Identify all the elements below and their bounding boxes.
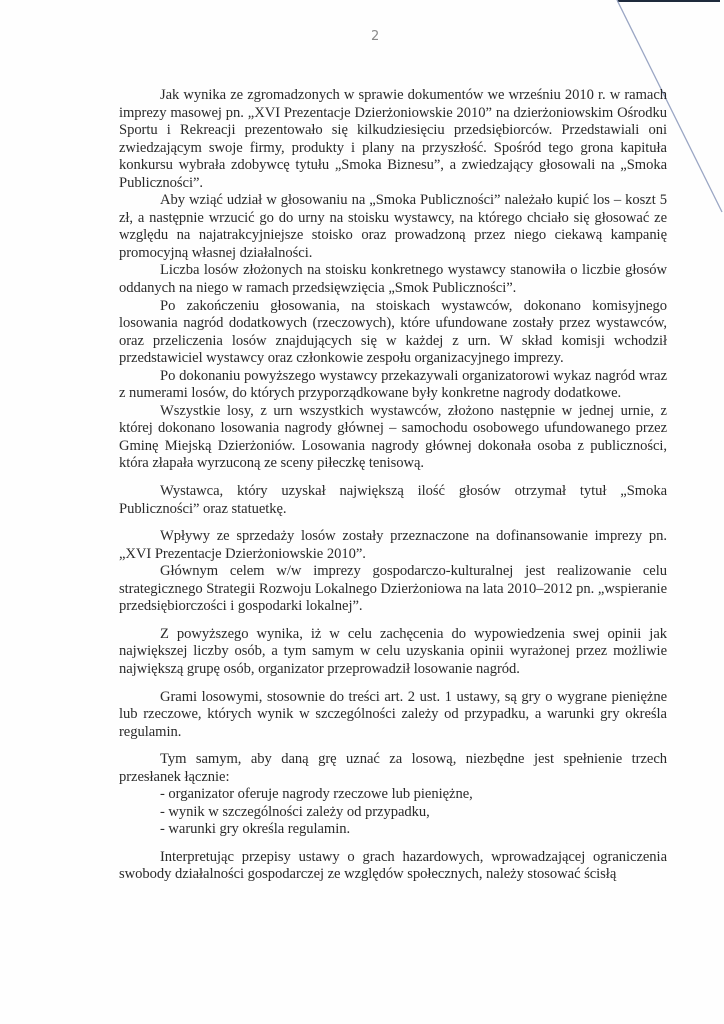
paragraph-fair-description: Jak wynika ze zgromadzonych w sprawie do… xyxy=(119,87,667,192)
condition-item: - wynik w szczególności zależy od przypa… xyxy=(160,804,667,822)
paragraph-event-goal: Głównym celem w/w imprezy gospodarczo-ku… xyxy=(119,563,667,616)
paragraph-vote-count: Liczba losów złożonych na stoisku konkre… xyxy=(119,262,667,297)
paragraph-proceeds: Wpływy ze sprzedaży losów zostały przezn… xyxy=(119,528,667,563)
condition-item: - warunki gry określa regulamin. xyxy=(160,821,667,839)
paragraph-three-conditions: Tym samym, aby daną grę uznać za losową,… xyxy=(119,751,667,786)
condition-item: - organizator oferuje nagrody rzeczowe l… xyxy=(160,786,667,804)
document-body: Jak wynika ze zgromadzonych w sprawie do… xyxy=(119,87,667,884)
document-page: 2 Jak wynika ze zgromadzonych w sprawie … xyxy=(0,0,724,1024)
paragraph-lottery-definition: Grami losowymi, stosownie do treści art.… xyxy=(119,689,667,742)
paragraph-interpretation: Interpretując przepisy ustawy o grach ha… xyxy=(119,849,667,884)
scan-edge-strip xyxy=(617,0,720,2)
paragraph-voting-rules: Aby wziąć udział w głosowaniu na „Smoka … xyxy=(119,192,667,262)
paragraph-conclusion: Z powyższego wynika, iż w celu zachęceni… xyxy=(119,626,667,679)
paragraph-main-prize-draw: Wszystkie losy, z urn wszystkich wystawc… xyxy=(119,403,667,473)
paragraph-commission-draw: Po zakończeniu głosowania, na stoiskach … xyxy=(119,298,667,368)
conditions-list: - organizator oferuje nagrody rzeczowe l… xyxy=(119,786,667,839)
page-number: 2 xyxy=(371,29,379,44)
paragraph-prize-list: Po dokonaniu powyższego wystawcy przekaz… xyxy=(119,368,667,403)
paragraph-winner: Wystawca, który uzyskał największą ilość… xyxy=(119,483,667,518)
